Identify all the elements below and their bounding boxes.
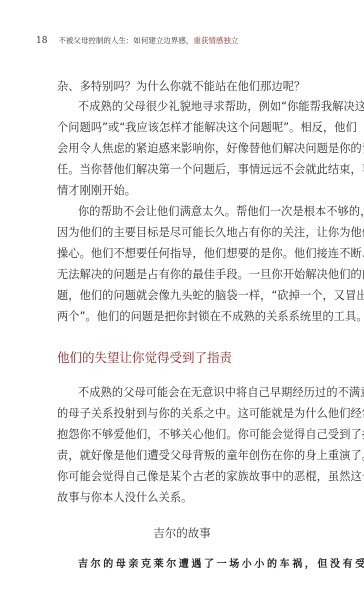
text-line: 你的帮助不会让他们满意太久。帮他们一次是根本不够的， bbox=[78, 203, 364, 219]
text-line: 题，他们的问题就会像九头蛇的脑袋一样，“砍掉一个，又冒出 bbox=[57, 287, 364, 303]
text-line: 的母子关系投射到与你的关系之中。这可能就是为什么他们经常 bbox=[57, 405, 364, 421]
page-number: 18 bbox=[36, 36, 56, 46]
text-line: 因为他们的主要目标是尽可能长久地占有你的关注，让你为他们 bbox=[57, 224, 364, 240]
text-line: 抱怨你不够爱他们，不够关心他们。你可能会觉得自己受到了指 bbox=[57, 426, 364, 442]
section-heading: 他们的失望让你觉得受到了指责 bbox=[57, 348, 232, 366]
text-line: 两个”。他们的问题是把你封锁在不成熟的关系系统里的工具。 bbox=[57, 308, 364, 324]
text-line: 情才刚刚开始。 bbox=[57, 182, 136, 198]
story-heading: 吉尔的故事 bbox=[0, 525, 364, 541]
book-title: 不被父母控制的人生：如何建立边界感， bbox=[58, 36, 193, 45]
text-line: 操心。他们不想要任何指导，他们想要的是你。他们接连不断、 bbox=[57, 245, 364, 261]
text-line: 故事与你本人没什么关系。 bbox=[57, 489, 192, 505]
text-line: 会用令人焦虑的紧迫感来影响你，好像替他们解决问题是你的责 bbox=[57, 140, 364, 156]
text-line: 个问题吗”或“我应该怎样才能解决这个问题呢”。相反，他们 bbox=[57, 119, 357, 135]
text-line: 不成熟的父母很少礼貌地寻求帮助，例如“你能帮我解决这 bbox=[78, 98, 364, 114]
story-text-line: 吉尔的母亲克莱尔遭遇了一场小小的车祸，但没有受伤。一 bbox=[78, 555, 364, 570]
text-line: 任。当你替他们解决第一个问题后，事情远远不会就此结束，事 bbox=[57, 161, 364, 177]
text-line: 不成熟的父母可能会在无意识中将自己早期经历过的不满意 bbox=[78, 384, 364, 400]
text-line: 责，就好像是他们遭受父母背叛的童年创伤在你的身上重演了。 bbox=[57, 447, 364, 463]
book-subtitle-accent: 重获情感独立 bbox=[193, 36, 238, 45]
text-line: 杂、多特别吗？为什么你就不能站在他们那边呢？ bbox=[57, 78, 305, 94]
text-line: 你可能会觉得自己像是某个古老的家族故事中的恶棍，虽然这个 bbox=[57, 468, 364, 484]
text-line: 无法解决的问题是占有你的最佳手段。一旦你开始解决他们的问 bbox=[57, 266, 364, 282]
running-header: 18 不被父母控制的人生：如何建立边界感，重获情感独立 bbox=[36, 35, 238, 46]
